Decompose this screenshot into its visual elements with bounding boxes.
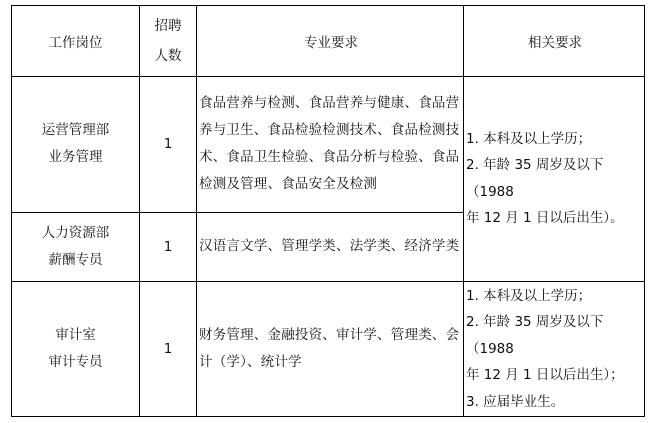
department: 运营管理部: [12, 117, 139, 144]
headcount-cell: 1: [140, 281, 197, 416]
job-title: 审计专员: [12, 349, 139, 376]
header-major: 专业要求: [197, 6, 464, 77]
position-cell: 审计室 审计专员: [12, 281, 140, 416]
headcount-cell: 1: [140, 76, 197, 212]
position-cell: 人力资源部 薪酬专员: [12, 213, 140, 282]
requirement-item: 1. 本科及以上学历；: [466, 283, 644, 310]
headcount-cell: 1: [140, 213, 197, 282]
header-position: 工作岗位: [12, 6, 140, 77]
major-cell: 汉语言文学、管理学类、法学类、经济学类: [197, 213, 464, 282]
requirement-item: 2. 年龄 35 周岁及以下（1988: [466, 152, 644, 205]
major-text: 食品营养与检测、食品营养与健康、食品营养与卫生、食品检验检测技术、食品检测技术、…: [199, 90, 463, 198]
header-requirements: 相关要求: [464, 6, 645, 77]
requirement-item: 2. 年龄 35 周岁及以下（1988: [466, 309, 644, 362]
table-row: 运营管理部 业务管理 1 食品营养与检测、食品营养与健康、食品营养与卫生、食品检…: [12, 76, 645, 212]
header-count: 招聘 人数: [140, 6, 197, 77]
table-row: 审计室 审计专员 1 财务管理、金融投资、审计学、管理类、会计（学）、统计学 1…: [12, 281, 645, 416]
position-cell: 运营管理部 业务管理: [12, 76, 140, 212]
requirement-item: 年 12 月 1 日以后出生）。: [466, 205, 644, 232]
requirement-item: 3. 应届毕业生。: [466, 389, 644, 416]
major-text: 汉语言文学、管理学类、法学类、经济学类: [199, 233, 463, 260]
recruitment-table: 工作岗位 招聘 人数 专业要求 相关要求 运营管理部 业务管理 1 食品营养与检…: [11, 5, 645, 417]
major-cell: 食品营养与检测、食品营养与健康、食品营养与卫生、食品检验检测技术、食品检测技术、…: [197, 76, 464, 212]
requirements-cell: 1. 本科及以上学历； 2. 年龄 35 周岁及以下（1988 年 12 月 1…: [464, 76, 645, 281]
major-text: 财务管理、金融投资、审计学、管理类、会计（学）、统计学: [199, 322, 463, 376]
requirements-cell: 1. 本科及以上学历； 2. 年龄 35 周岁及以下（1988 年 12 月 1…: [464, 281, 645, 416]
header-count-line1: 招聘: [140, 11, 196, 41]
header-count-line2: 人数: [140, 41, 196, 71]
job-title: 薪酬专员: [12, 247, 139, 274]
requirement-item: 1. 本科及以上学历；: [466, 126, 644, 153]
department: 人力资源部: [12, 220, 139, 247]
department: 审计室: [12, 322, 139, 349]
requirement-item: 年 12 月 1 日以后出生）；: [466, 362, 644, 389]
job-title: 业务管理: [12, 144, 139, 171]
major-cell: 财务管理、金融投资、审计学、管理类、会计（学）、统计学: [197, 281, 464, 416]
table-header-row: 工作岗位 招聘 人数 专业要求 相关要求: [12, 6, 645, 77]
